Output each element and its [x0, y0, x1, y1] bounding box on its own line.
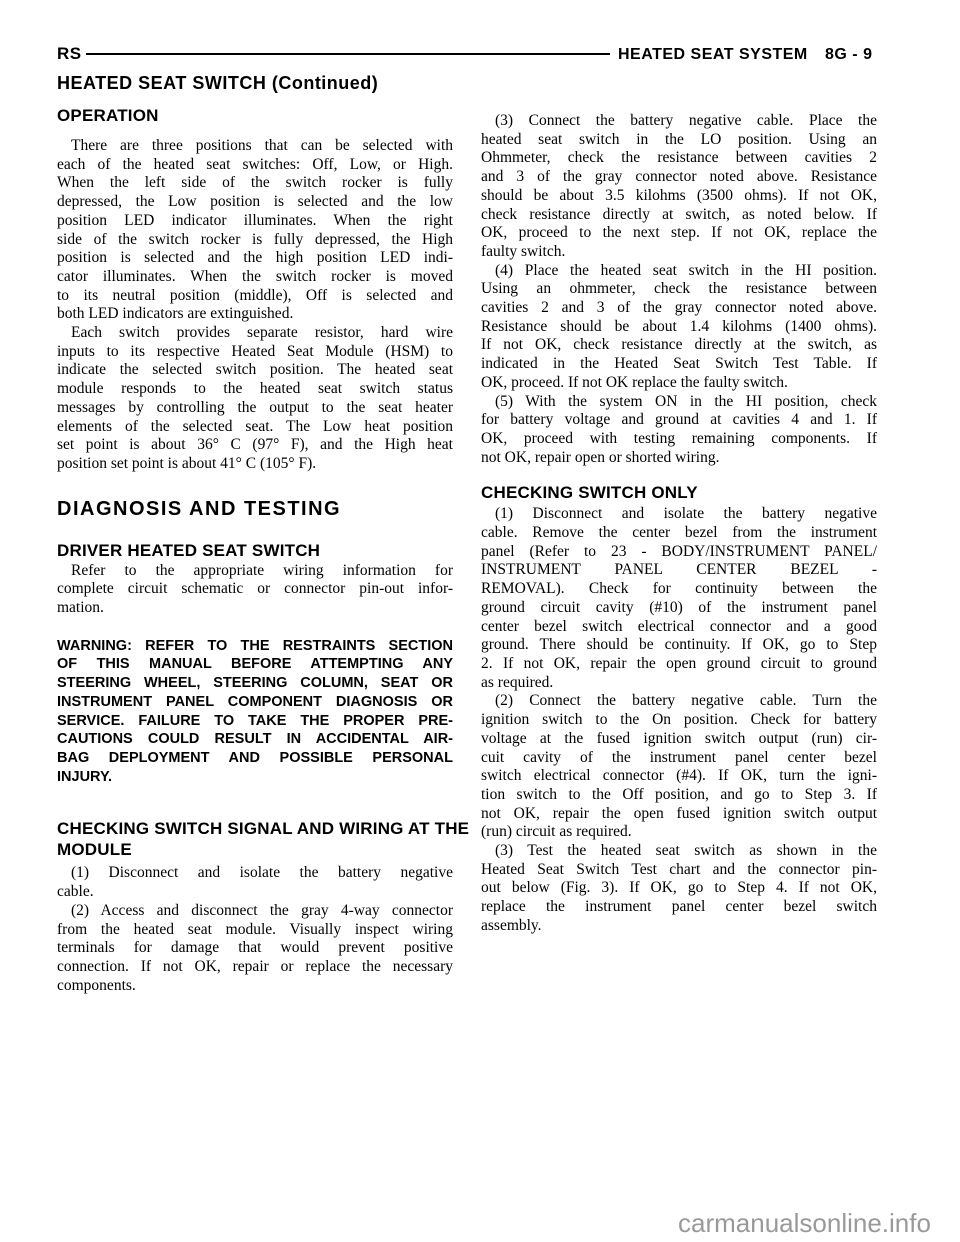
- text-line: (run) circuit as required.: [481, 823, 877, 842]
- text-line: cator illuminates. When the switch rocke…: [57, 268, 453, 287]
- text-line: cable.: [57, 883, 453, 902]
- driver-switch-paragraph: Refer to the appropriate wiring informat…: [57, 562, 453, 618]
- switch-step-2: (2) Connect the battery negative cable. …: [481, 692, 877, 842]
- header-page-number: 8G - 9: [825, 46, 872, 64]
- operation-paragraph-2: Each switch provides separate resistor, …: [57, 324, 453, 474]
- text-line: (1) Disconnect and isolate the battery n…: [57, 864, 453, 883]
- text-line: elements of the selected seat. The Low h…: [57, 418, 453, 437]
- text-line: BAG DEPLOYMENT AND POSSIBLE PERSONAL: [57, 749, 453, 768]
- switch-step-3: (3) Test the heated seat switch as shown…: [481, 842, 877, 936]
- text-line: OK, proceed with testing remaining compo…: [481, 430, 877, 449]
- operation-heading: OPERATION: [57, 106, 453, 125]
- text-line: both LED indicators are extinguished.: [57, 305, 453, 324]
- header-model-code: RS: [57, 45, 82, 63]
- text-line: not OK, repair open or shorted wiring.: [481, 449, 877, 468]
- text-line: side of the switch rocker is fully depre…: [57, 231, 453, 250]
- text-line: switch electrical connector (#4). If OK,…: [481, 767, 877, 786]
- text-line: center bezel switch electrical connector…: [481, 618, 877, 637]
- column-right: (3) Connect the battery negative cable. …: [481, 106, 877, 995]
- text-line: check resistance directly at switch, as …: [481, 206, 877, 225]
- text-line: (5) With the system ON in the HI positio…: [481, 393, 877, 412]
- text-line: components.: [57, 977, 453, 996]
- switch-step-1: (1) Disconnect and isolate the battery n…: [481, 505, 877, 692]
- text-line: connection. If not OK, repair or replace…: [57, 958, 453, 977]
- text-line: cavities 2 and 3 of the gray connector n…: [481, 299, 877, 318]
- text-line: 2. If not OK, repair the open ground cir…: [481, 655, 877, 674]
- text-line: If not OK, check resistance directly at …: [481, 336, 877, 355]
- text-line: ground. There should be continuity. If O…: [481, 636, 877, 655]
- page-heading: HEATED SEAT SWITCH (Continued): [57, 74, 378, 93]
- manual-page: RS HEATED SEAT SYSTEM 8G - 9 HEATED SEAT…: [0, 0, 960, 1242]
- two-column-body: OPERATION There are three positions that…: [57, 106, 877, 995]
- text-line: REMOVAL). Check for continuity between t…: [481, 580, 877, 599]
- text-line: Using an ohmmeter, check the resistance …: [481, 280, 877, 299]
- text-line: Ohmmeter, check the resistance between c…: [481, 149, 877, 168]
- text-line: (1) Disconnect and isolate the battery n…: [481, 505, 877, 524]
- text-line: Refer to the appropriate wiring informat…: [57, 562, 453, 581]
- text-line: replace the instrument panel center beze…: [481, 898, 877, 917]
- text-line: and 3 of the gray connector noted above.…: [481, 168, 877, 187]
- checking-switch-only-heading: CHECKING SWITCH ONLY: [481, 483, 877, 502]
- text-line: ignition switch to the On position. Chec…: [481, 711, 877, 730]
- text-line: each of the heated seat switches: Off, L…: [57, 156, 453, 175]
- driver-heated-seat-switch-heading: DRIVER HEATED SEAT SWITCH: [57, 541, 453, 560]
- text-line: for battery voltage and ground at caviti…: [481, 411, 877, 430]
- text-line: not OK, repair the open fused ignition s…: [481, 805, 877, 824]
- text-line: SERVICE. FAILURE TO TAKE THE PROPER PRE-: [57, 712, 453, 731]
- text-line: heated seat switch in the LO position. U…: [481, 131, 877, 150]
- text-line: indicated in the Heated Seat Switch Test…: [481, 355, 877, 374]
- module-step-3: (3) Connect the battery negative cable. …: [481, 112, 877, 262]
- text-line: INSTRUMENT PANEL CENTER BEZEL -: [481, 561, 877, 580]
- text-line: OK, proceed. If not OK replace the fault…: [481, 374, 877, 393]
- diagnosis-and-testing-heading: DIAGNOSIS AND TESTING: [57, 498, 453, 520]
- text-line: STEERING WHEEL, STEERING COLUMN, SEAT OR: [57, 674, 453, 693]
- text-line: (2) Connect the battery negative cable. …: [481, 692, 877, 711]
- text-line: WARNING: REFER TO THE RESTRAINTS SECTION: [57, 637, 453, 656]
- module-step-4: (4) Place the heated seat switch in the …: [481, 262, 877, 393]
- text-line: as required.: [481, 674, 877, 693]
- operation-paragraph-1: There are three positions that can be se…: [57, 137, 453, 324]
- text-line: panel (Refer to 23 - BODY/INSTRUMENT PAN…: [481, 543, 877, 562]
- text-line: (3) Connect the battery negative cable. …: [481, 112, 877, 131]
- text-line: OK, proceed to the next step. If not OK,…: [481, 224, 877, 243]
- text-line: CAUTIONS COULD RESULT IN ACCIDENTAL AIR-: [57, 730, 453, 749]
- text-line: Heated Seat Switch Test chart and the co…: [481, 861, 877, 880]
- header-rule: [86, 53, 610, 55]
- text-line: cable. Remove the center bezel from the …: [481, 524, 877, 543]
- text-line: module responds to the heated seat switc…: [57, 380, 453, 399]
- text-line: Each switch provides separate resistor, …: [57, 324, 453, 343]
- header-system-title: HEATED SEAT SYSTEM: [618, 46, 808, 64]
- text-line: inputs to its respective Heated Seat Mod…: [57, 343, 453, 362]
- text-line: Resistance should be about 1.4 kilohms (…: [481, 318, 877, 337]
- text-line: voltage at the fused ignition switch out…: [481, 730, 877, 749]
- text-line: position is selected and the high positi…: [57, 249, 453, 268]
- watermark: carmanualsonline.info: [678, 1208, 931, 1238]
- text-line: should be about 3.5 kilohms (3500 ohms).…: [481, 187, 877, 206]
- text-line: depressed, the Low position is selected …: [57, 193, 453, 212]
- text-line: indicate the selected switch position. T…: [57, 361, 453, 380]
- column-left: OPERATION There are three positions that…: [57, 106, 453, 995]
- text-line: assembly.: [481, 917, 877, 936]
- text-line: (4) Place the heated seat switch in the …: [481, 262, 877, 281]
- text-line: (3) Test the heated seat switch as shown…: [481, 842, 877, 861]
- text-line: out below (Fig. 3). If OK, go to Step 4.…: [481, 879, 877, 898]
- module-step-2: (2) Access and disconnect the gray 4-way…: [57, 902, 453, 996]
- text-line: from the heated seat module. Visually in…: [57, 921, 453, 940]
- text-line: There are three positions that can be se…: [57, 137, 453, 156]
- warning-block: WARNING: REFER TO THE RESTRAINTS SECTION…: [57, 637, 453, 787]
- module-step-5: (5) With the system ON in the HI positio…: [481, 393, 877, 468]
- text-line: mation.: [57, 599, 453, 618]
- text-line: INJURY.: [57, 768, 453, 787]
- text-line: to its neutral position (middle), Off is…: [57, 287, 453, 306]
- text-line: position set point is about 41° C (105° …: [57, 455, 453, 474]
- text-line: MODULE: [57, 839, 453, 860]
- text-line: set point is about 36° C (97° F), and th…: [57, 436, 453, 455]
- text-line: OF THIS MANUAL BEFORE ATTEMPTING ANY: [57, 655, 453, 674]
- text-line: cuit cavity of the instrument panel cent…: [481, 749, 877, 768]
- text-line: ground circuit cavity (#10) of the instr…: [481, 599, 877, 618]
- text-line: INSTRUMENT PANEL COMPONENT DIAGNOSIS OR: [57, 693, 453, 712]
- text-line: complete circuit schematic or connector …: [57, 580, 453, 599]
- text-line: tion switch to the Off position, and go …: [481, 786, 877, 805]
- text-line: faulty switch.: [481, 243, 877, 262]
- text-line: position LED indicator illuminates. When…: [57, 212, 453, 231]
- module-step-1: (1) Disconnect and isolate the battery n…: [57, 864, 453, 901]
- text-line: When the left side of the switch rocker …: [57, 174, 453, 193]
- text-line: terminals for damage that would prevent …: [57, 939, 453, 958]
- text-line: (2) Access and disconnect the gray 4-way…: [57, 902, 453, 921]
- checking-module-heading: CHECKING SWITCH SIGNAL AND WIRING AT THE…: [57, 818, 453, 860]
- text-line: CHECKING SWITCH SIGNAL AND WIRING AT THE: [57, 818, 453, 839]
- text-line: messages by controlling the output to th…: [57, 399, 453, 418]
